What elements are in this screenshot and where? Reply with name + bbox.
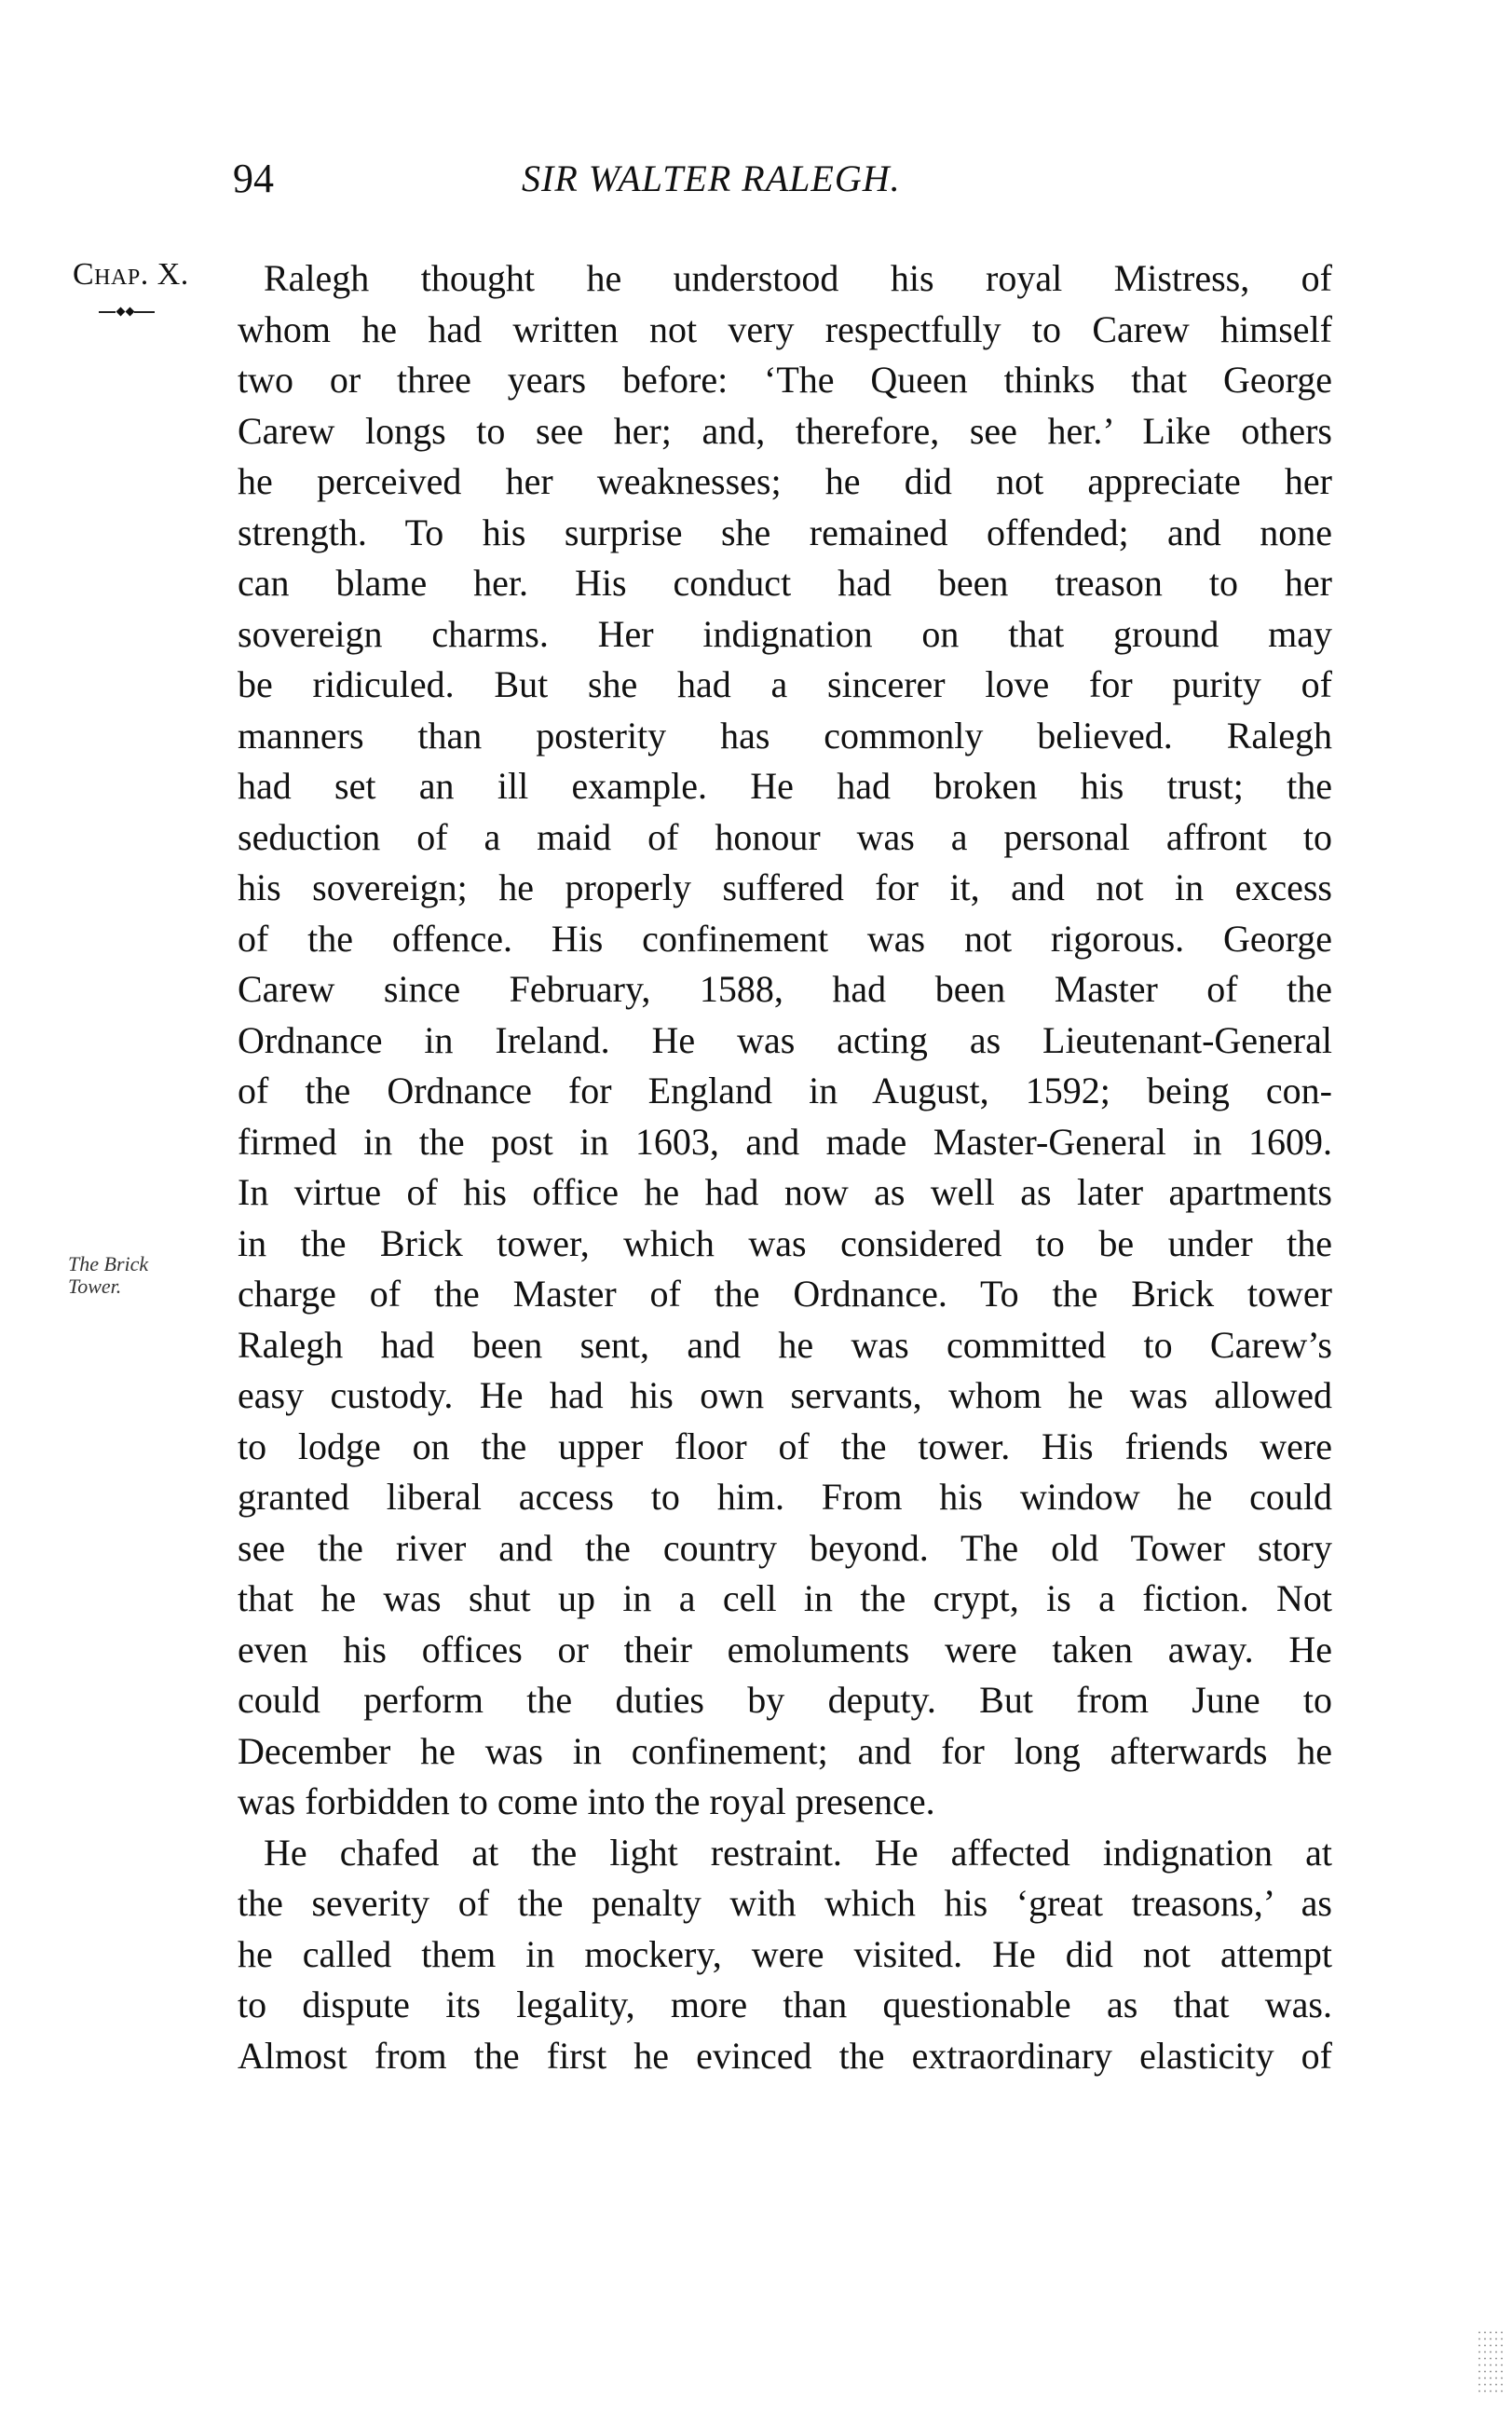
text-line: even his offices or their emoluments wer… [238,1625,1332,1676]
ornament-divider-icon [99,307,155,317]
text-line: he called them in mockery, were visited.… [238,1929,1332,1981]
text-line: to dispute its legality, more than quest… [238,1980,1332,2031]
text-line: Carew since February, 1588, had been Mas… [238,964,1332,1016]
text-line: of the offence. His confinement was not … [238,914,1332,965]
text-line: the severity of the penalty with which h… [238,1878,1332,1929]
text-line: Carew longs to see her; and, therefore, … [238,406,1332,457]
text-line: Almost from the first he evinced the ext… [238,2031,1332,2082]
page-number: 94 [233,158,274,199]
text-line: whom he had written not very respectfull… [238,305,1332,356]
text-line: he perceived her weaknesses; he did not … [238,457,1332,508]
text-line: December he was in confinement; and for … [238,1726,1332,1778]
paragraph-1: Ralegh thought he understood his royal M… [238,253,1332,1828]
text-line: seduction of a maid of honour was a pers… [238,812,1332,864]
text-line: his sovereign; he properly suffered for … [238,863,1332,914]
text-line: granted liberal access to him. From his … [238,1472,1332,1523]
text-line: in the Brick tower, which was considered… [238,1219,1332,1270]
text-line: He chafed at the light restraint. He aff… [238,1828,1332,1879]
text-line: strength. To his surprise she remained o… [238,508,1332,559]
text-line: was forbidden to come into the royal pre… [238,1777,1332,1828]
chapter-marker: Chap. X. [73,259,189,291]
text-line: to lodge on the upper floor of the tower… [238,1422,1332,1473]
text-line: charge of the Master of the Ordnance. To… [238,1269,1332,1320]
running-title: SIR WALTER RALEGH. [522,160,901,198]
sidenote-brick-tower: The Brick Tower. [68,1253,148,1298]
text-line: Ralegh had been sent, and he was committ… [238,1320,1332,1371]
text-line: could perform the duties by deputy. But … [238,1675,1332,1726]
text-line: easy custody. He had his own servants, w… [238,1370,1332,1422]
text-line: manners than posterity has commonly beli… [238,711,1332,762]
sidenote-line: Tower. [68,1275,148,1298]
sidenote-line: The Brick [68,1253,148,1275]
text-line: of the Ordnance for England in August, 1… [238,1066,1332,1117]
text-line: sovereign charms. Her indignation on tha… [238,609,1332,661]
text-line: In virtue of his office he had now as we… [238,1167,1332,1219]
body-text: Ralegh thought he understood his royal M… [238,253,1332,2081]
text-line: be ridiculed. But she had a sincerer lov… [238,660,1332,711]
text-line: see the river and the country beyond. Th… [238,1523,1332,1575]
text-line: Ordnance in Ireland. He was acting as Li… [238,1016,1332,1067]
text-line: had set an ill example. He had broken hi… [238,761,1332,812]
text-line: two or three years before: ‘The Queen th… [238,355,1332,406]
paragraph-2: He chafed at the light restraint. He aff… [238,1828,1332,2082]
text-line: can blame her. His conduct had been trea… [238,558,1332,609]
scan-noise [1477,2329,1505,2394]
text-line: that he was shut up in a cell in the cry… [238,1574,1332,1625]
text-line: firmed in the post in 1603, and made Mas… [238,1117,1332,1168]
text-line: Ralegh thought he understood his royal M… [238,253,1332,305]
